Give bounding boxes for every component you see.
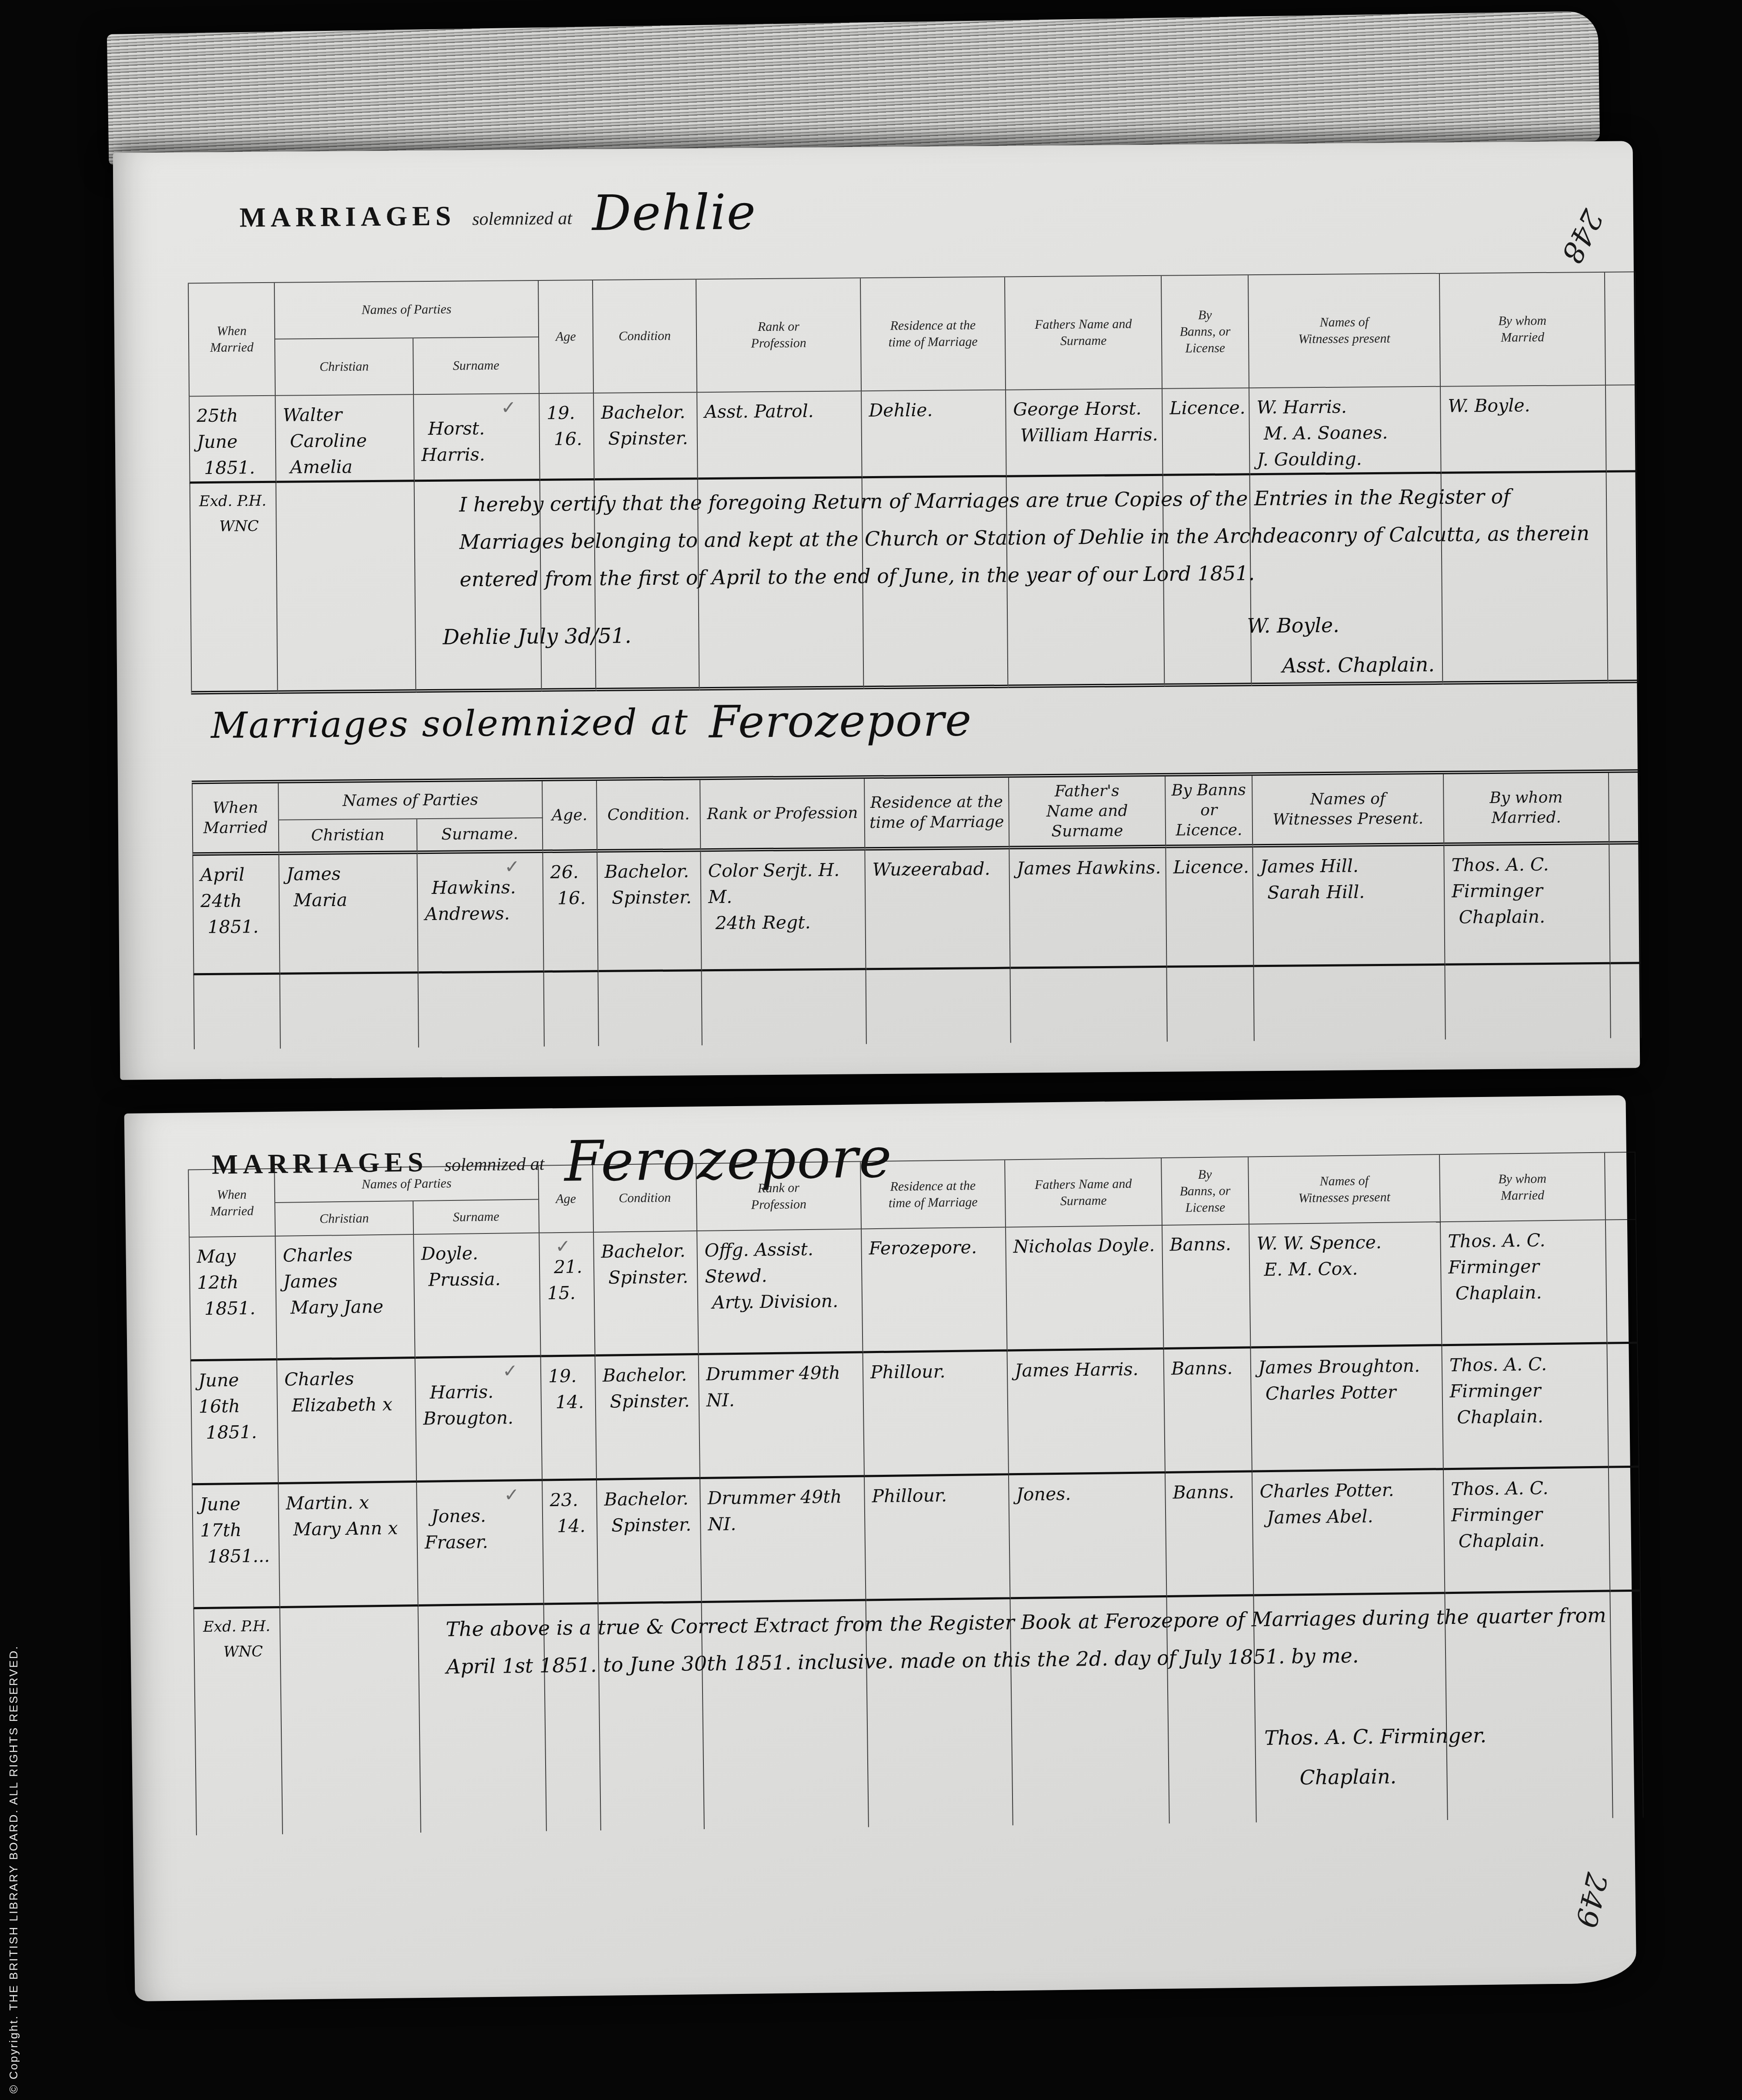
table-cell: Offg. Assist. Stewd.Arty. Division.: [697, 1229, 863, 1355]
dehlie-marriage-table: Exd. P.H.WNC I hereby certify that the f…: [188, 271, 1639, 694]
table-cell: [1609, 844, 1641, 964]
table-cell: CharlesElizabeth x: [277, 1359, 417, 1484]
register-place-handwritten: Ferozepore: [709, 694, 973, 748]
dehlie-certification: Exd. P.H.WNC I hereby certify that the f…: [190, 472, 1639, 694]
header-cell: Surname: [413, 1200, 540, 1235]
table-cell: Thos. A. C. FirmingerChaplain.: [1442, 1344, 1609, 1470]
table-cell: [280, 973, 419, 1048]
table-cell: Banns.: [1162, 1225, 1251, 1350]
certification-signature: W. Boyle.Asst. Chaplain.: [1247, 604, 1435, 686]
certification-text: I hereby certify that the foregoing Retu…: [459, 477, 1599, 598]
photo-stage: MARRIAGES solemnized at Dehlie Exd. P.H.…: [0, 0, 1742, 2100]
table-cell: Color Serjt. H. M.24th Regt.: [701, 850, 866, 971]
table-cell: Charles JamesMary Jane: [276, 1235, 415, 1360]
table-cell: April 24th1851.: [192, 855, 280, 976]
examiner-initials: Exd. P.H.WNC: [199, 488, 267, 539]
ferozepore-marriage-table: Exd. P.H.WNC The above is a true & Corre…: [188, 1152, 1643, 1836]
header-cell: Residence at thetime of Marriage: [861, 1160, 1006, 1229]
header-cell: Names of Parties: [275, 1166, 539, 1203]
header-cell: By whomMarried.: [1444, 773, 1609, 846]
table-cell: ✓Hawkins.Andrews.: [417, 853, 544, 973]
table-cell: Bachelor.Spinster.: [597, 852, 702, 972]
table-cell: [1445, 964, 1611, 1040]
table-cell: Martin. xMary Ann x: [279, 1483, 418, 1608]
table-cell: Asst. Patrol.: [697, 391, 863, 480]
table-cell: [544, 972, 599, 1047]
table-cell: ✓Harris.Brougton.: [416, 1357, 543, 1483]
header-cell: [1609, 773, 1640, 845]
header-cell: WhenMarried: [188, 283, 276, 397]
header-cell: Names ofWitnesses Present.: [1252, 774, 1444, 847]
examiner-initials: Exd. P.H.WNC: [203, 1613, 271, 1665]
header-cell: Names of Parties: [275, 281, 539, 340]
table-cell: Phillour.: [865, 1475, 1010, 1601]
table-cell: Drummer 49th NI.: [699, 1353, 865, 1479]
table-cell: [1610, 964, 1641, 1038]
certification-signature: Thos. A. C. Firminger.Chaplain.: [1264, 1715, 1487, 1798]
table-cell: Bachelor.Spinster.: [596, 1355, 700, 1480]
table-cell: ✓Horst.Harris.: [414, 394, 540, 482]
table-cell: 26.16.: [543, 853, 598, 973]
table-cell: ✓Jones.Fraser.: [417, 1481, 544, 1607]
table-cell: [419, 973, 545, 1047]
table-cell: Dehlie.: [862, 390, 1007, 479]
header-cell: ByBanns, orLicense: [1162, 1157, 1249, 1226]
table-cell: Thos. A. C. FirmingerChaplain.: [1441, 1220, 1607, 1347]
table-cell: Jones.: [1009, 1473, 1167, 1599]
table-cell: [1609, 1468, 1641, 1592]
page-top: MARRIAGES solemnized at Dehlie Exd. P.H.…: [113, 141, 1640, 1080]
table-cell: Licence.: [1166, 847, 1254, 968]
table-cell: Bachelor.Spinster.: [594, 393, 698, 480]
table-cell: James Harris.: [1007, 1350, 1165, 1475]
table-cell: W. W. Spence.E. M. Cox.: [1249, 1222, 1442, 1348]
header-cell: Condition.: [597, 780, 701, 853]
book-page-edges: [107, 11, 1600, 165]
table-cell: [193, 975, 281, 1050]
table-cell: [702, 970, 867, 1045]
header-cell: Names ofWitnesses present: [1249, 274, 1441, 388]
header-cell: WhenMarried: [192, 783, 279, 856]
header-cell: Residence at thetime of Marriage: [865, 778, 1009, 851]
table-cell: Nicholas Doyle.: [1006, 1226, 1164, 1351]
table-cell: [1254, 966, 1446, 1041]
page-bottom: MARRIAGES solemnized at Ferozepore Exd. …: [124, 1095, 1637, 2001]
table-cell: [1010, 968, 1167, 1043]
table-cell: Thos. A. C. FirmingerChaplain.: [1444, 845, 1610, 966]
header-cell: Age: [539, 280, 594, 394]
table-cell: [866, 969, 1011, 1044]
table-cell: May 12th1851.: [189, 1237, 277, 1361]
table-cell: Bachelor.Spinster.: [597, 1479, 702, 1604]
header-cell: Age.: [543, 781, 597, 853]
table-cell: WalterCaroline Amelia: [276, 395, 415, 483]
table-cell: Ferozepore.: [862, 1227, 1007, 1353]
header-cell: Condition: [593, 280, 697, 393]
header-cell: Rank orProfession: [696, 278, 862, 393]
header-cell: Names ofWitnesses present: [1249, 1155, 1441, 1224]
header-cell: Father'sName and Surname: [1009, 777, 1166, 850]
header-cell: Fathers Name andSurname: [1005, 276, 1162, 390]
header-cell: Age: [539, 1165, 594, 1233]
header-cell: Christian: [275, 1201, 414, 1237]
header-cell: Surname.: [417, 818, 543, 854]
register-title-sub: solemnized at: [472, 208, 572, 229]
table-cell: Licence.: [1162, 388, 1250, 476]
ferozepore-hand-table: WhenMarriedNames of PartiesChristianSurn…: [192, 769, 1642, 1049]
table-cell: [1607, 1344, 1639, 1468]
header-cell: By whomMarried: [1440, 1153, 1606, 1223]
header-cell: Christian: [275, 338, 414, 396]
table-cell: James Hill.Sarah Hill.: [1253, 846, 1445, 967]
table-cell: JamesMaria: [279, 854, 418, 974]
header-cell: By whomMarried: [1440, 273, 1606, 387]
header-cell: Residence at thetime of Marriage: [861, 277, 1006, 392]
table-cell: 19.14.: [541, 1357, 597, 1481]
register-title-printed: MARRIAGES: [240, 200, 456, 233]
header-cell: Christian: [279, 819, 418, 855]
table-cell: Bachelor.Spinster.: [594, 1231, 699, 1357]
header-cell: [1605, 1153, 1636, 1220]
table-cell: Doyle.Prussia.: [414, 1233, 541, 1359]
header-cell: Surname: [413, 337, 540, 395]
table-cell: [1167, 967, 1254, 1042]
table-cell: [1606, 385, 1637, 473]
header-cell: Rank or Profession: [700, 779, 865, 852]
table-cell: Banns.: [1166, 1473, 1254, 1597]
register-place-handwritten: Dehlie: [592, 184, 756, 242]
ferozepore-certification: Exd. P.H.WNC The above is a true & Corre…: [193, 1592, 1644, 1836]
table-cell: June 17th1851...: [192, 1484, 280, 1609]
header-cell: By Bannsor Licence.: [1166, 776, 1253, 848]
table-cell: [1606, 1220, 1638, 1344]
header-cell: WhenMarried: [188, 1169, 276, 1237]
header-cell: Condition: [593, 1164, 697, 1233]
table-cell: Phillour.: [863, 1351, 1009, 1477]
table-cell: [599, 971, 703, 1046]
table-cell: 23.14.: [543, 1480, 598, 1605]
header-cell: ByBanns, orLicense: [1162, 275, 1249, 389]
header-cell: Rank orProfession: [696, 1162, 862, 1231]
table-cell: James Hawkins.: [1009, 848, 1167, 969]
table-cell: Thos. A. C. FirmingerChaplain.: [1444, 1468, 1610, 1594]
table-cell: Drummer 49th NI.: [700, 1477, 866, 1603]
table-cell: 25th June1851.: [189, 396, 276, 484]
register-title-handwritten: Marriages solemnized at: [211, 701, 689, 747]
table-cell: ✓21.15.: [540, 1233, 595, 1357]
copyright-text: © Copyright. THE BRITISH LIBRARY BOARD. …: [7, 1645, 20, 2093]
header-cell: Fathers Name andSurname: [1005, 1158, 1162, 1227]
header-cell: [1605, 272, 1636, 386]
table-cell: 19.16.: [540, 393, 595, 481]
table-cell: George Horst.William Harris.: [1006, 389, 1163, 477]
table-cell: James Broughton.Charles Potter: [1251, 1346, 1443, 1472]
ferozepore-hand-title: Marriages solemnized at Ferozepore: [211, 695, 973, 745]
certification-text: The above is a true & Correct Extract fr…: [446, 1596, 1629, 1685]
table-cell: June 16th1851.: [190, 1360, 279, 1485]
dehlie-register-title: MARRIAGES solemnized at Dehlie: [239, 182, 756, 234]
table-cell: Charles Potter.James Abel.: [1252, 1470, 1445, 1596]
table-cell: Banns.: [1164, 1349, 1252, 1473]
table-cell: W. Harris.M. A. Soanes.J. Goulding.: [1249, 387, 1442, 475]
certification-dateline: Dehlie July 3d/51.: [443, 623, 631, 649]
header-cell: Names of Parties: [279, 781, 543, 820]
table-cell: Wuzeerabad.: [865, 850, 1010, 970]
table-cell: W. Boyle.: [1441, 386, 1607, 474]
